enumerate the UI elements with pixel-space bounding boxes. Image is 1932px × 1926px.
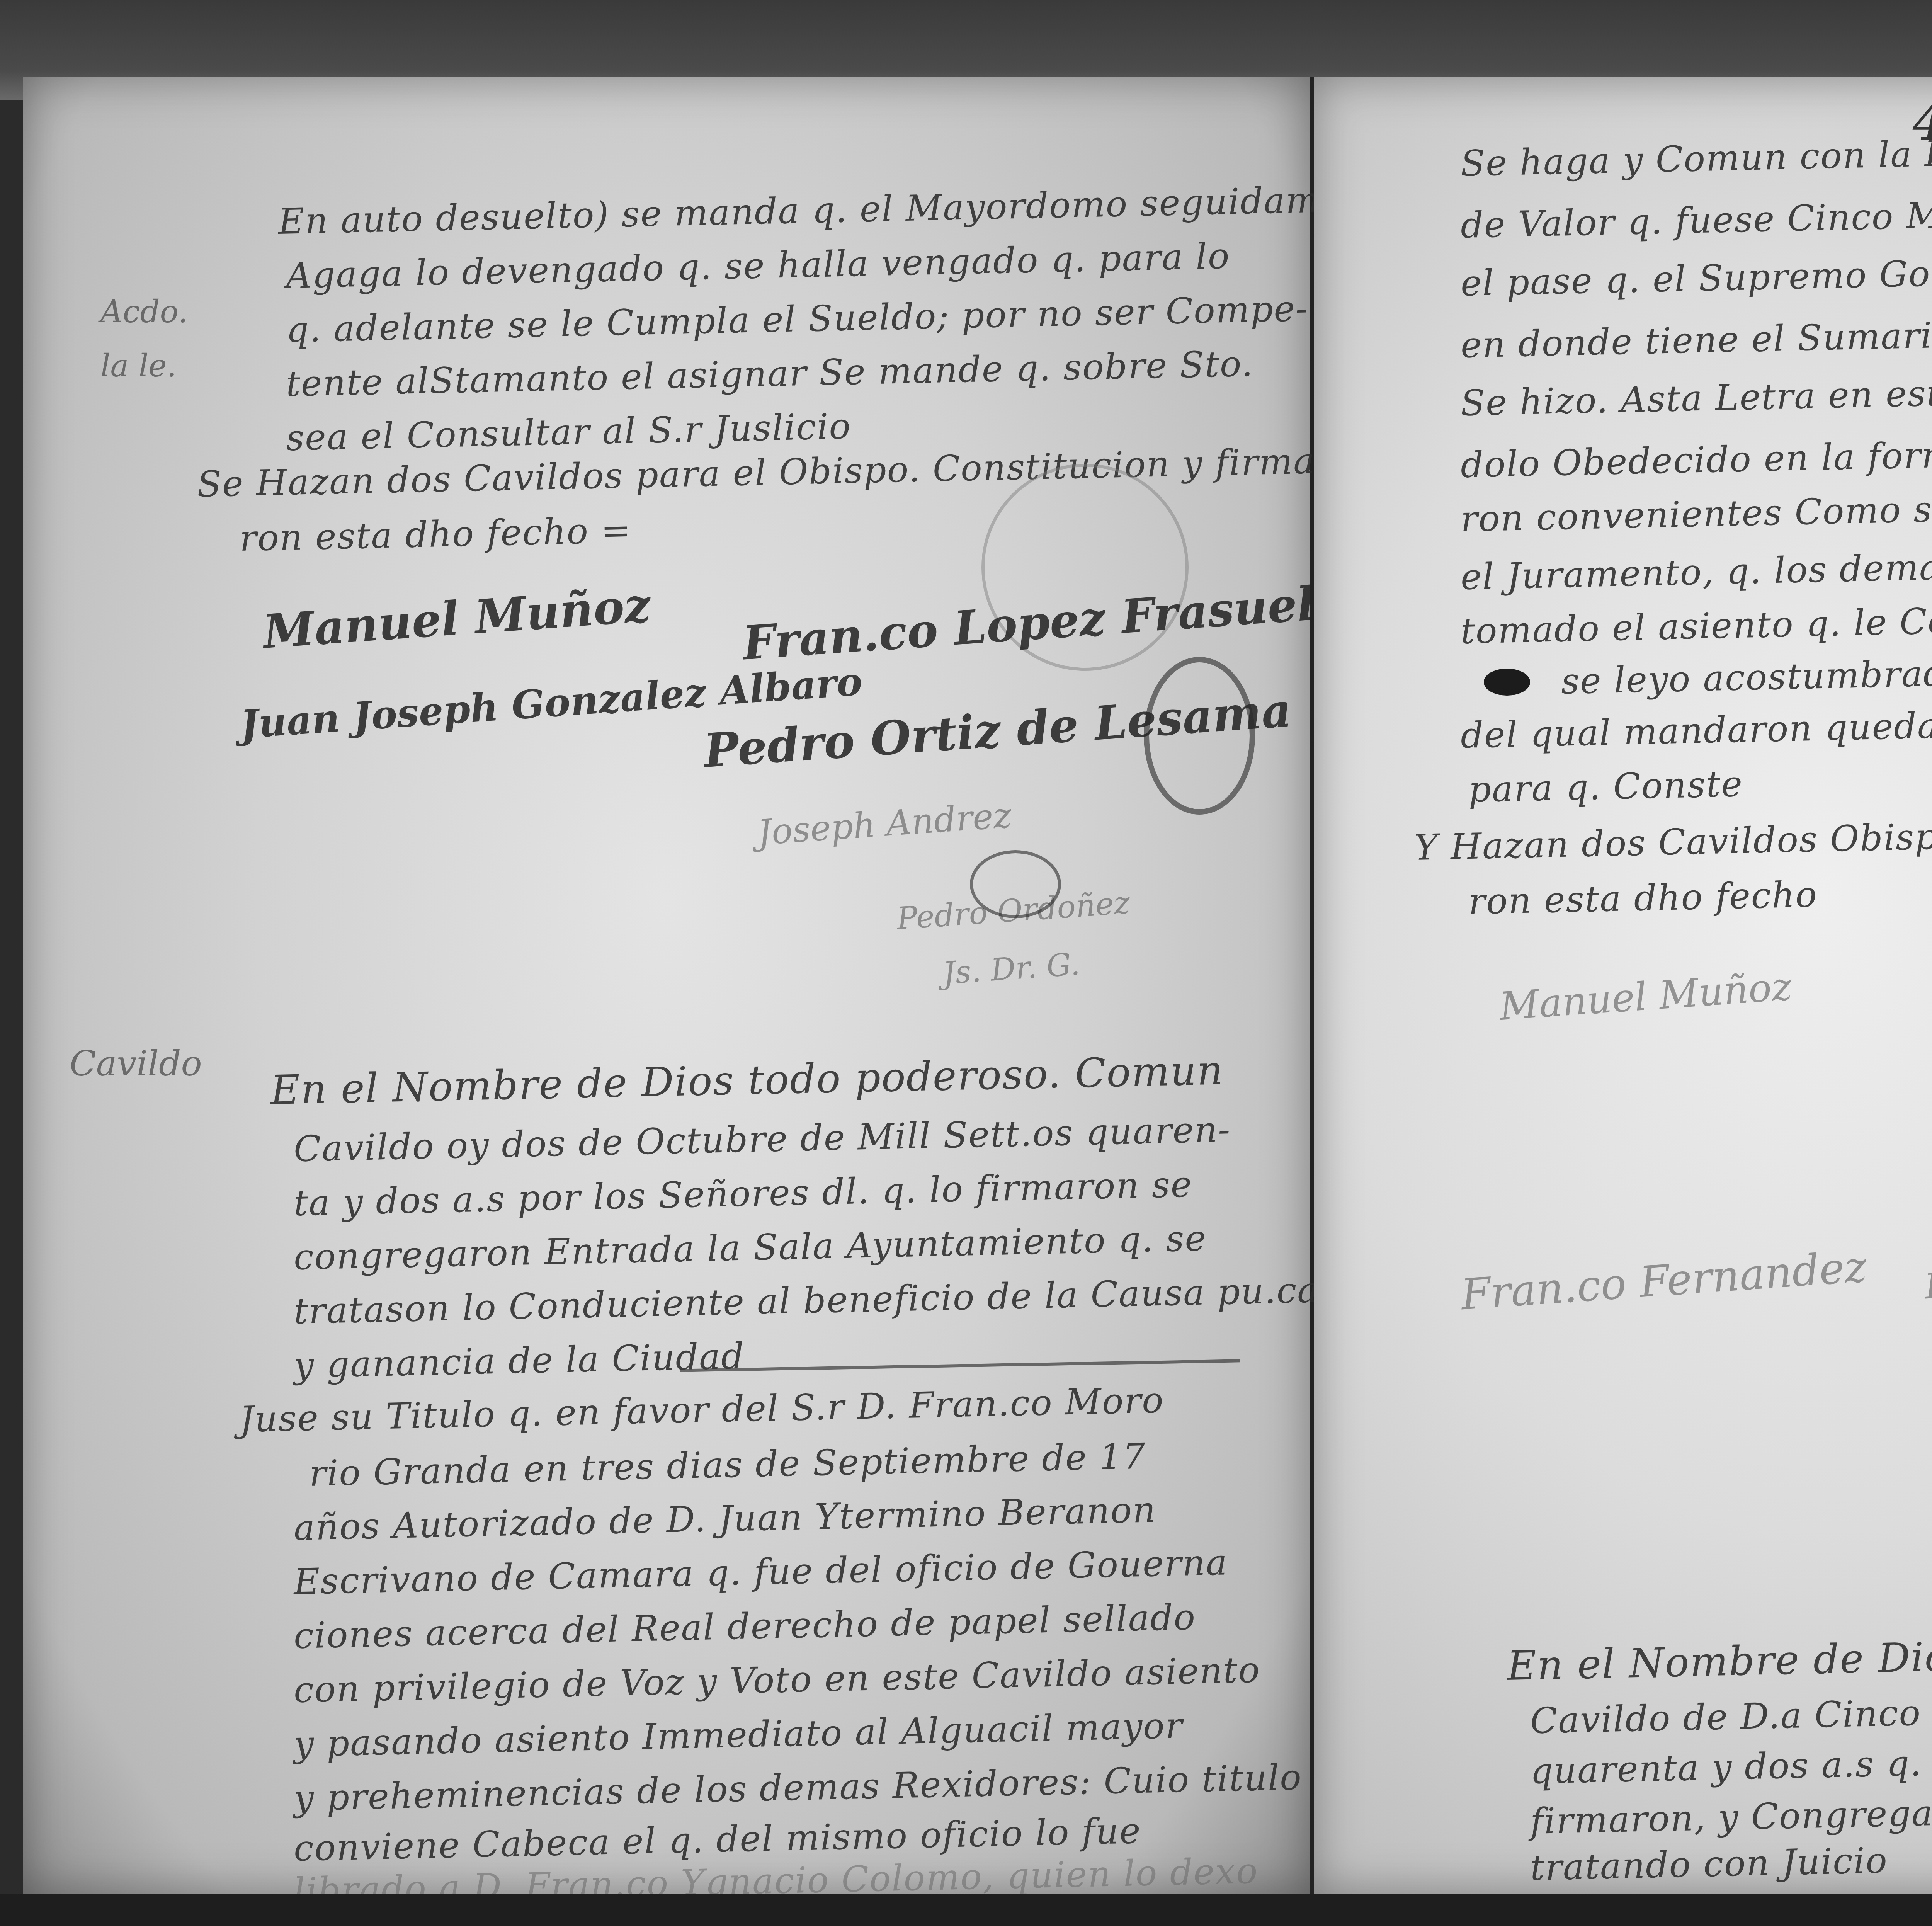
text-line: congregaron Entrada la Sala Ayuntamiento… <box>293 1218 1207 1278</box>
text-line: tratason lo Conduciente al beneficio de … <box>293 1269 1320 1332</box>
text-line: con privilegio de Voz y Voto en este Cav… <box>293 1649 1261 1711</box>
text-line: ron convenientes Como si los demas Rexid… <box>1460 480 1932 540</box>
signature: Fran.co Fernandez <box>1459 1242 1868 1319</box>
text-line: Escrivano de Camara q. fue del oficio de… <box>293 1541 1228 1603</box>
signature: Fran.co Lopez Frasuelo <box>1923 1237 1932 1307</box>
text-line: tomado el asiento q. le Corresponde Cuia… <box>1460 592 1932 652</box>
text-line: ron esta dho fecho <box>1468 874 1818 922</box>
text-line: ron esta dho fecho = <box>239 510 632 559</box>
left-page: Acdo. la le. En auto desuelto) se manda … <box>23 77 1314 1894</box>
text-line: En el Nombre de Dios todo poderoso <box>1507 1626 1932 1690</box>
text-line: Cavildo oy dos de Octubre de Mill Sett.o… <box>293 1109 1231 1170</box>
rubric-flourish <box>970 850 1061 918</box>
scan-bottom-shadow <box>0 1894 1932 1926</box>
text-line: años Autorizado de D. Juan Ytermino Bera… <box>293 1489 1156 1548</box>
margin-note: la le. <box>100 348 177 384</box>
text-line: en donde tiene el Sumario de la Comision… <box>1460 301 1932 366</box>
text-line: Agaga lo devengado q. se halla vengado q… <box>286 235 1230 296</box>
text-line: se leyo acostumbrado sus titulos y <box>1561 647 1932 702</box>
text-line: el pase q. el Supremo Gobierno ENA q. el… <box>1460 241 1932 304</box>
text-line: tratando con Juicio <box>1530 1840 1888 1889</box>
text-line: y ganancia de la Ciudad <box>293 1336 745 1386</box>
text-line: Se haga y Comun con la Real Caja la Quin… <box>1460 123 1932 184</box>
text-line: dolo Obedecido en la forma acostumbrada … <box>1460 424 1932 486</box>
text-line: ciones acerca del Real derecho de papel … <box>293 1596 1196 1657</box>
manuscript-spread: Acdo. la le. En auto desuelto) se manda … <box>23 77 1932 1894</box>
text-line: de Valor q. fuese Cinco Mill Seiscientos… <box>1460 184 1932 246</box>
text-line: tente alStamanto el asignar Se mande q. … <box>286 343 1254 405</box>
signature: Joseph Andrez <box>756 795 1013 853</box>
text-line: y preheminencias de los demas Rexidores:… <box>293 1756 1303 1819</box>
text-line: rio Granda en tres dias de Septiembre de… <box>309 1436 1146 1494</box>
text-line: y pasando asiento Immediato al Alguacil … <box>293 1705 1184 1765</box>
text-line: quarenta y dos a.s q. los Señores q. lo <box>1530 1735 1932 1792</box>
text-line: En auto desuelto) se manda q. el Mayordo… <box>278 178 1369 242</box>
text-line: sea el Consultar al S.r Juslicio <box>286 405 852 459</box>
text-line: Y Hazan dos Cavildos Obispo. Constitucio… <box>1414 807 1932 868</box>
text-line: Se hizo. Asta Letra en este Cavildo de d… <box>1460 362 1932 424</box>
rubric-flourish <box>1144 657 1255 815</box>
ink-blot <box>1484 669 1530 696</box>
signature: Js. Dr. G. <box>942 946 1081 992</box>
text-line: del qual mandaron quedase Copia autoriza… <box>1460 697 1932 756</box>
text-line: el Juramento, q. los demas Rexidores fue… <box>1460 537 1932 598</box>
section-margin-label: Cavildo <box>70 1043 202 1084</box>
signature: Manuel Muñoz <box>261 578 652 659</box>
text-line: para q. Conste <box>1468 763 1743 810</box>
margin-note: Acdo. <box>100 294 188 330</box>
text-line: q. adelante se le Cumpla el Sueldo; por … <box>286 288 1309 350</box>
text-line: Juse su Titulo q. en favor del S.r D. Fr… <box>239 1380 1165 1440</box>
signature: Manuel Muñoz <box>1498 964 1793 1029</box>
text-line: En el Nombre de Dios todo poderoso. Comu… <box>270 1046 1224 1114</box>
right-page: 40 433 Se haga y Comun con la Real Caja … <box>1314 77 1932 1894</box>
text-line: ta y dos a.s por los Señores dl. q. lo f… <box>293 1164 1193 1224</box>
text-line: Cavildo de D.a Cinco de Octubre de Mill … <box>1530 1682 1932 1742</box>
line-filler-rule <box>680 1359 1240 1372</box>
